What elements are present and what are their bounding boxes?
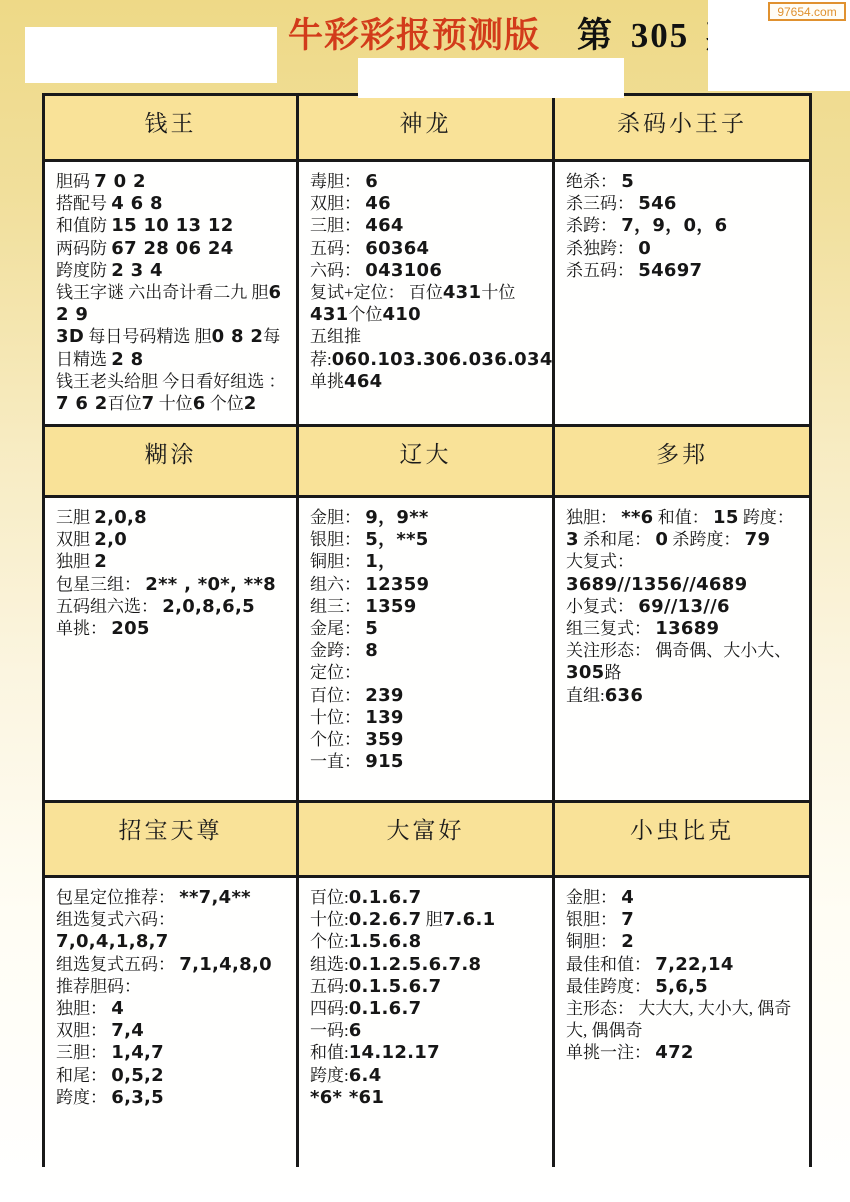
label-text: 金跨： <box>310 641 365 660</box>
label-text: 铜胆： <box>566 932 621 951</box>
label-text: 胆码 <box>56 172 94 191</box>
label-text: 和尾： <box>56 1066 111 1085</box>
panel-title-xiaochong-bike: 小虫比克 <box>555 803 809 878</box>
panel-dafuhao: 大富好 百位:0.1.6.7十位:0.2.6.7 胆7.6.1个位:1.5.6.… <box>296 800 552 1167</box>
value-bold: 2 <box>244 393 257 414</box>
label-text: 定位： <box>310 663 361 682</box>
label-text: 跨度： <box>56 1088 111 1107</box>
value-bold: 2,0,8 <box>94 507 147 528</box>
text-line: 跨度防 2 3 4 <box>56 260 290 282</box>
label-text: 十位 <box>481 283 515 302</box>
label-text: 杀和尾： <box>579 530 656 549</box>
value-bold: 2,0 <box>94 529 127 550</box>
label-text: 铜胆： <box>310 552 365 571</box>
value-bold: 1.5.6.8 <box>349 931 422 952</box>
label-text: 五码： <box>310 239 365 258</box>
panel-liaoda: 辽大 金胆： 9，9**银胆： 5，**5铜胆： 1，组六： 12359组三： … <box>296 424 552 800</box>
text-line: 和值防 15 10 13 12 <box>56 215 290 237</box>
label-text: 双胆 <box>56 530 94 549</box>
text-line: 关注形态： 偶奇偶、大小大、305路 <box>566 640 803 684</box>
label-text: 和值防 <box>56 216 111 235</box>
text-line: 杀独跨： 0 <box>566 238 803 260</box>
value-bold: 464 <box>344 371 382 392</box>
text-line: 四码:0.1.6.7 <box>310 998 546 1020</box>
panel-hutu: 糊涂 三胆 2,0,8双胆 2,0独胆 2包星三组： 2** , *0*, **… <box>45 424 296 800</box>
value-bold: 0 <box>638 238 651 259</box>
text-line: 双胆： 7,4 <box>56 1020 290 1042</box>
panel-body-qianwang: 胆码 7 0 2搭配号 4 6 8和值防 15 10 13 12两码防 67 2… <box>45 162 296 424</box>
label-text: 搭配号 <box>56 194 111 213</box>
value-bold: 546 <box>638 193 676 214</box>
text-line: 组六： 12359 <box>310 574 546 596</box>
value-bold: 0.1.2.5.6.7.8 <box>349 954 482 975</box>
text-line: 三胆 2,0,8 <box>56 507 290 529</box>
text-line: 钱王字谜 六出奇计看二九 胆6 2 9 <box>56 282 290 326</box>
page-title: 牛彩彩报预测版 第 305 期 <box>288 17 743 55</box>
value-bold: 6.4 <box>349 1065 382 1086</box>
label-text: 毒胆： <box>310 172 365 191</box>
text-line: 一直： 915 <box>310 751 546 773</box>
label-text: 金胆： <box>566 888 621 907</box>
value-bold: 8 <box>365 640 378 661</box>
text-line: 组三复式： 13689 <box>566 618 803 640</box>
panel-body-duobang: 独胆： **6 和值： 15 跨度： 3 杀和尾： 0 杀跨度： 79大复式： … <box>555 498 809 800</box>
text-line: 五组推荐:060.103.306.036.034. <box>310 326 546 370</box>
label-text: 独胆 <box>56 552 94 571</box>
value-bold: 6 <box>365 171 378 192</box>
value-bold: 7 0 2 <box>94 171 146 192</box>
value-bold: 54697 <box>638 260 702 281</box>
value-bold: 060.103.306.036.034. <box>332 349 560 370</box>
value-bold: 0 <box>655 529 668 550</box>
text-line: 和值:14.12.17 <box>310 1042 546 1064</box>
value-bold: 60364 <box>365 238 429 259</box>
value-bold: 7 <box>621 909 634 930</box>
label-text: 组三复式： <box>566 619 655 638</box>
value-bold: 915 <box>365 751 403 772</box>
label-text: 双胆： <box>56 1021 111 1040</box>
label-text: 直组: <box>566 686 605 705</box>
text-line: 跨度:6.4 <box>310 1065 546 1087</box>
panel-body-xiaochong-bike: 金胆： 4银胆： 7铜胆： 2最佳和值： 7,22,14最佳跨度： 5,6,5主… <box>555 878 809 1167</box>
text-line: 单挑464 <box>310 371 546 393</box>
value-bold: 431 <box>310 304 348 325</box>
value-bold: 2** , *0*, **8 <box>145 574 276 595</box>
text-line: 杀五码： 54697 <box>566 260 803 282</box>
label-text: 绝杀： <box>566 172 621 191</box>
text-line: 三胆： 464 <box>310 215 546 237</box>
text-line: 最佳跨度： 5,6,5 <box>566 976 803 998</box>
value-bold: 1， <box>365 551 396 572</box>
label-text: 跨度: <box>310 1066 349 1085</box>
value-bold: 7 6 2 <box>56 393 108 414</box>
value-bold: 46 <box>365 193 391 214</box>
text-line: 银胆： 7 <box>566 909 803 931</box>
text-line: 直组:636 <box>566 685 803 707</box>
text-line: 单挑： 205 <box>56 618 290 640</box>
label-text: 十位: <box>310 910 349 929</box>
value-bold: 636 <box>605 685 643 706</box>
label-text: 组六： <box>310 575 365 594</box>
value-bold: 3689//1356//4689 <box>566 574 747 595</box>
text-line: 定位： <box>310 662 546 684</box>
label-text: 钱王老头给胆 今日看好组选 ： <box>56 372 286 391</box>
label-text: 组选复式六码： <box>56 910 175 929</box>
text-line: 组选复式五码： 7,1,4,8,0 <box>56 954 290 976</box>
label-text: 推荐胆码： <box>56 977 141 996</box>
value-bold: 305 <box>566 662 604 683</box>
text-line: 个位:1.5.6.8 <box>310 931 546 953</box>
text-line: 主形态： 大大大, 大小大, 偶奇大, 偶偶奇 <box>566 998 803 1042</box>
label-text: 最佳跨度： <box>566 977 655 996</box>
value-bold: 2 <box>621 931 634 952</box>
text-line: 个位： 359 <box>310 729 546 751</box>
panel-body-liaoda: 金胆： 9，9**银胆： 5，**5铜胆： 1，组六： 12359组三： 135… <box>299 498 552 800</box>
text-line: 杀跨： 7，9，0，6 <box>566 215 803 237</box>
label-text: 复试+定位： 百位 <box>310 283 443 302</box>
page-title-name: 牛彩彩报预测版 <box>288 17 540 55</box>
text-line: 组选复式六码： 7,0,4,1,8,7 <box>56 909 290 953</box>
text-line: 三胆： 1,4,7 <box>56 1042 290 1064</box>
label-text: 百位: <box>310 888 349 907</box>
value-bold: 7,22,14 <box>655 954 733 975</box>
value-bold: 139 <box>365 707 403 728</box>
value-bold: 0.1.6.7 <box>349 887 422 908</box>
value-bold: 205 <box>111 618 149 639</box>
label-text: 组三： <box>310 597 365 616</box>
label-text: 主形态： 大大大, 大小大, 偶奇大, 偶偶奇 <box>566 999 791 1040</box>
text-line: 独胆： **6 和值： 15 跨度： 3 杀和尾： 0 杀跨度： 79 <box>566 507 803 551</box>
text-line: 十位:0.2.6.7 胆7.6.1 <box>310 909 546 931</box>
label-text: 个位 <box>206 394 244 413</box>
value-bold: 12359 <box>365 574 429 595</box>
panel-duobang: 多邦 独胆： **6 和值： 15 跨度： 3 杀和尾： 0 杀跨度： 79大复… <box>552 424 809 800</box>
text-line: 双胆 2,0 <box>56 529 290 551</box>
label-text: 五码组六选： <box>56 597 162 616</box>
value-bold: 1359 <box>365 596 416 617</box>
panel-body-shenlong: 毒胆： 6双胆： 46三胆： 464五码： 60364六码： 043106复试+… <box>299 162 552 424</box>
label-text: 杀五码： <box>566 261 638 280</box>
value-bold: 0 8 2 <box>212 326 264 347</box>
text-line: 两码防 67 28 06 24 <box>56 238 290 260</box>
text-line: 毒胆： 6 <box>310 171 546 193</box>
label-text: 个位: <box>310 932 349 951</box>
label-text: 六码： <box>310 261 365 280</box>
value-bold: 2 <box>94 551 107 572</box>
text-line: 复试+定位： 百位431十位431个位410 <box>310 282 546 326</box>
panel-title-shama-xiaowangzi: 杀码小王子 <box>555 96 809 162</box>
value-bold: 5 <box>621 171 634 192</box>
text-line: 单挑一注： 472 <box>566 1042 803 1064</box>
panel-title-liaoda: 辽大 <box>299 427 552 498</box>
text-line: 铜胆： 1， <box>310 551 546 573</box>
panel-title-duobang: 多邦 <box>555 427 809 498</box>
label-text: 杀跨度： <box>668 530 745 549</box>
value-bold: 7.6.1 <box>443 909 496 930</box>
text-line: 大复式： 3689//1356//4689 <box>566 551 803 595</box>
value-bold: 464 <box>365 215 403 236</box>
label-text: 杀独跨： <box>566 239 638 258</box>
panel-title-zhaobao-tianzun: 招宝天尊 <box>45 803 296 878</box>
value-bold: 043106 <box>365 260 442 281</box>
label-text: 百位 <box>108 394 142 413</box>
value-bold: 1,4,7 <box>111 1042 164 1063</box>
label-text: 一码: <box>310 1021 349 1040</box>
label-text: 银胆： <box>566 910 621 929</box>
value-bold: 5,6,5 <box>655 976 708 997</box>
text-line: 铜胆： 2 <box>566 931 803 953</box>
panel-title-shenlong: 神龙 <box>299 96 552 162</box>
text-line: 金胆： 4 <box>566 887 803 909</box>
label-text: 最佳和值： <box>566 955 655 974</box>
label-text: 百位： <box>310 686 365 705</box>
text-line: 五码:0.1.5.6.7 <box>310 976 546 998</box>
value-bold: 2 8 <box>111 349 143 370</box>
text-line: 跨度： 6,3,5 <box>56 1087 290 1109</box>
panel-title-hutu: 糊涂 <box>45 427 296 498</box>
panel-shama-xiaowangzi: 杀码小王子 绝杀： 5杀三码： 546杀跨： 7，9，0，6杀独跨： 0杀五码：… <box>552 96 809 424</box>
label-text: 路 <box>604 663 621 682</box>
value-bold: 0.1.6.7 <box>349 998 422 1019</box>
label-text: 杀三码： <box>566 194 638 213</box>
label-text: 组选: <box>310 955 349 974</box>
label-text: 双胆： <box>310 194 365 213</box>
label-text: 三胆： <box>310 216 365 235</box>
value-bold: 3 <box>566 529 579 550</box>
value-bold: 6 <box>193 393 206 414</box>
text-line: 包星定位推荐： **7,4** <box>56 887 290 909</box>
label-text: 五码: <box>310 977 349 996</box>
value-bold: 2,0,8,6,5 <box>162 596 255 617</box>
text-line: 十位： 139 <box>310 707 546 729</box>
text-line: 杀三码： 546 <box>566 193 803 215</box>
value-bold: 14.12.17 <box>349 1042 440 1063</box>
label-text: 钱王字谜 六出奇计看二九 胆 <box>56 283 269 302</box>
text-line: 独胆： 4 <box>56 998 290 1020</box>
text-line: 组选:0.1.2.5.6.7.8 <box>310 954 546 976</box>
label-text: 关注形态： 偶奇偶、大小大、 <box>566 641 791 660</box>
text-line: 包星三组： 2** , *0*, **8 <box>56 574 290 596</box>
text-line: 小复式： 69//13//6 <box>566 596 803 618</box>
text-line: 推荐胆码： <box>56 976 290 998</box>
value-bold: 5 <box>365 618 378 639</box>
value-bold: 431 <box>443 282 481 303</box>
watermark-text: 97654.com <box>777 6 836 18</box>
watermark: 97654.com <box>768 2 846 21</box>
value-bold: 239 <box>365 685 403 706</box>
value-bold: 6 <box>349 1020 362 1041</box>
value-bold: 15 <box>713 507 739 528</box>
label-text: 十位： <box>310 708 365 727</box>
value-bold: 7，9，0，6 <box>621 215 727 236</box>
text-line: 五码： 60364 <box>310 238 546 260</box>
value-bold: *6* *61 <box>310 1087 384 1108</box>
value-bold: 359 <box>365 729 403 750</box>
label-text: 个位： <box>310 730 365 749</box>
label-text: 每日号码精选 胆 <box>84 327 212 346</box>
label-text: 跨度防 <box>56 261 111 280</box>
value-bold: **6 <box>621 507 653 528</box>
text-line: 组三： 1359 <box>310 596 546 618</box>
label-text: 个位 <box>348 305 382 324</box>
value-bold: 7,0,4,1,8,7 <box>56 931 169 952</box>
value-bold: 67 28 06 24 <box>111 238 233 259</box>
value-bold: 6,3,5 <box>111 1087 164 1108</box>
panel-xiaochong-bike: 小虫比克 金胆： 4银胆： 7铜胆： 2最佳和值： 7,22,14最佳跨度： 5… <box>552 800 809 1167</box>
text-line: 金胆： 9，9** <box>310 507 546 529</box>
text-line: 百位:0.1.6.7 <box>310 887 546 909</box>
value-bold: 4 6 8 <box>111 193 163 214</box>
value-bold: 79 <box>745 529 771 550</box>
value-bold: 7,4 <box>111 1020 144 1041</box>
label-text: 胆 <box>421 910 442 929</box>
label-text: 单挑： <box>56 619 111 638</box>
value-bold: 472 <box>655 1042 693 1063</box>
value-bold: 4 <box>621 887 634 908</box>
panel-shenlong: 神龙 毒胆： 6双胆： 46三胆： 464五码： 60364六码： 043106… <box>296 96 552 424</box>
label-text: 单挑 <box>310 372 344 391</box>
value-bold: **7,4** <box>179 887 251 908</box>
value-bold: 410 <box>382 304 420 325</box>
label-text: 三胆 <box>56 508 94 527</box>
panel-qianwang: 钱王 胆码 7 0 2搭配号 4 6 8和值防 15 10 13 12两码防 6… <box>45 96 296 424</box>
value-bold: 15 10 13 12 <box>111 215 233 236</box>
label-text: 跨度： <box>739 508 794 527</box>
label-text: 银胆： <box>310 530 365 549</box>
text-line: 六码： 043106 <box>310 260 546 282</box>
text-line: 金尾： 5 <box>310 618 546 640</box>
text-line: *6* *61 <box>310 1087 546 1109</box>
label-text: 和值： <box>654 508 714 527</box>
panel-body-zhaobao-tianzun: 包星定位推荐： **7,4**组选复式六码： 7,0,4,1,8,7组选复式五码… <box>45 878 296 1167</box>
label-text: 包星定位推荐： <box>56 888 179 907</box>
label-text: 金胆： <box>310 508 365 527</box>
text-line: 百位： 239 <box>310 685 546 707</box>
censored-box-top-middle <box>358 58 624 98</box>
value-bold: 2 3 4 <box>111 260 163 281</box>
value-bold: 0.2.6.7 <box>349 909 422 930</box>
label-text: 三胆： <box>56 1043 111 1062</box>
value-bold: 7,1,4,8,0 <box>179 954 272 975</box>
censored-box-top-left <box>25 27 277 83</box>
label-text: 单挑一注： <box>566 1043 655 1062</box>
label-text: 四码: <box>310 999 349 1018</box>
label-text: 一直： <box>310 752 365 771</box>
value-bold: 13689 <box>655 618 719 639</box>
label-text: 十位 <box>154 394 192 413</box>
label-text: 两码防 <box>56 239 111 258</box>
value-bold: 0.1.5.6.7 <box>349 976 442 997</box>
text-line: 独胆 2 <box>56 551 290 573</box>
text-line: 五码组六选： 2,0,8,6,5 <box>56 596 290 618</box>
text-line: 双胆： 46 <box>310 193 546 215</box>
text-line: 搭配号 4 6 8 <box>56 193 290 215</box>
panel-title-qianwang: 钱王 <box>45 96 296 162</box>
prediction-table: 钱王 胆码 7 0 2搭配号 4 6 8和值防 15 10 13 12两码防 6… <box>42 93 812 1167</box>
text-line: 3D 每日号码精选 胆0 8 2每日精选 2 8 <box>56 326 290 370</box>
value-bold: 0,5,2 <box>111 1065 164 1086</box>
value-bold: 5，**5 <box>365 529 428 550</box>
value-bold: 4 <box>111 998 124 1019</box>
label-text: 独胆： <box>566 508 621 527</box>
value-bold: 69//13//6 <box>638 596 730 617</box>
value-bold: 7 <box>142 393 155 414</box>
text-line: 金跨： 8 <box>310 640 546 662</box>
panel-body-dafuhao: 百位:0.1.6.7十位:0.2.6.7 胆7.6.1个位:1.5.6.8组选:… <box>299 878 552 1167</box>
label-text: 和值: <box>310 1043 349 1062</box>
text-line: 和尾： 0,5,2 <box>56 1065 290 1087</box>
label-text: 金尾： <box>310 619 365 638</box>
text-line: 绝杀： 5 <box>566 171 803 193</box>
text-line: 银胆： 5，**5 <box>310 529 546 551</box>
label-text: 杀跨： <box>566 216 621 235</box>
panel-title-dafuhao: 大富好 <box>299 803 552 878</box>
value-bold: 3D <box>56 326 84 347</box>
label-text: 组选复式五码： <box>56 955 179 974</box>
value-bold: 9，9** <box>365 507 428 528</box>
label-text: 包星三组： <box>56 575 145 594</box>
panel-zhaobao-tianzun: 招宝天尊 包星定位推荐： **7,4**组选复式六码： 7,0,4,1,8,7组… <box>45 800 296 1167</box>
text-line: 胆码 7 0 2 <box>56 171 290 193</box>
label-text: 大复式： <box>566 552 634 571</box>
text-line: 一码:6 <box>310 1020 546 1042</box>
label-text: 小复式： <box>566 597 638 616</box>
text-line: 钱王老头给胆 今日看好组选 ： 7 6 2百位7 十位6 个位2 <box>56 371 290 415</box>
label-text: 独胆： <box>56 999 111 1018</box>
panel-body-shama-xiaowangzi: 绝杀： 5杀三码： 546杀跨： 7，9，0，6杀独跨： 0杀五码： 54697 <box>555 162 809 424</box>
text-line: 最佳和值： 7,22,14 <box>566 954 803 976</box>
panel-body-hutu: 三胆 2,0,8双胆 2,0独胆 2包星三组： 2** , *0*, **8五码… <box>45 498 296 800</box>
